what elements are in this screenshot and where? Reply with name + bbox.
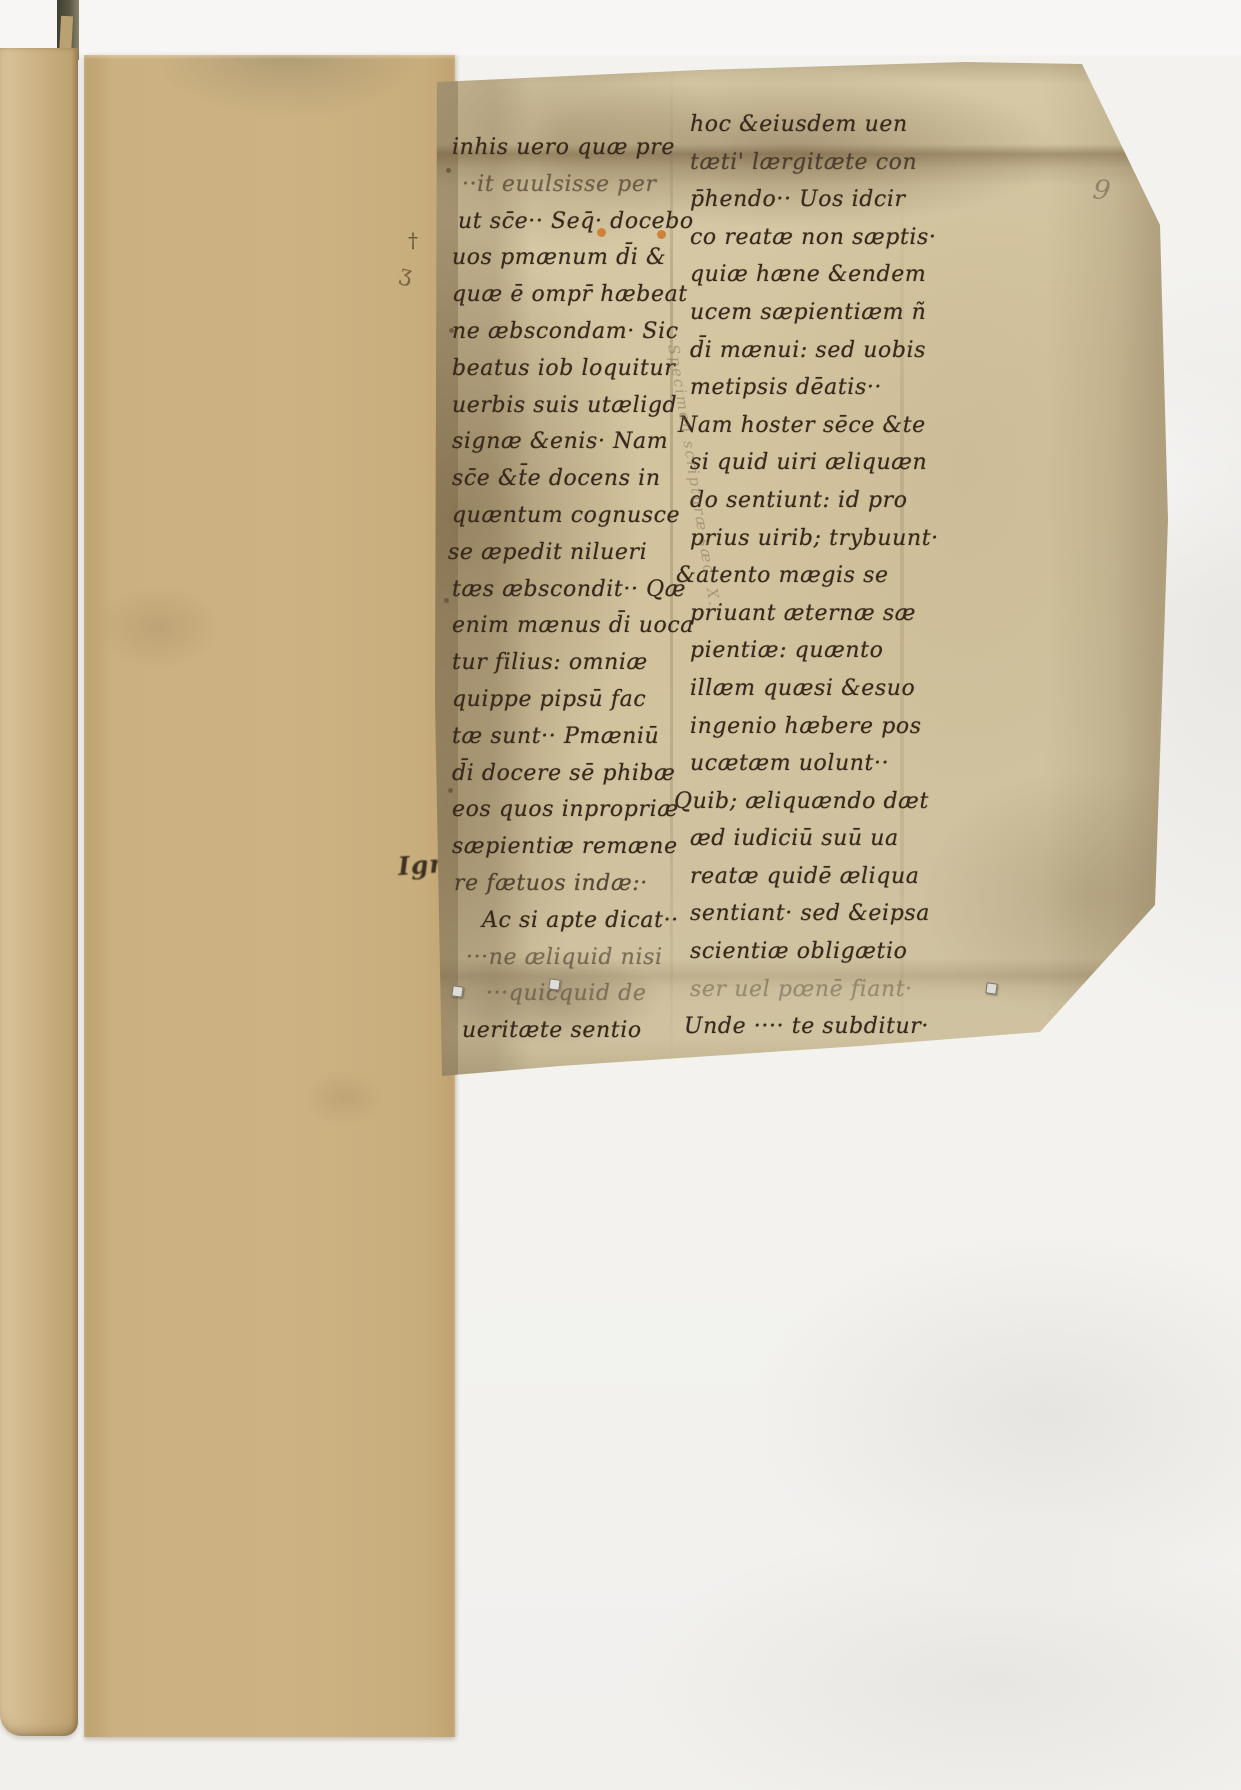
rubric-dot xyxy=(657,230,666,239)
fastening-pin xyxy=(548,978,560,990)
mount-board xyxy=(84,55,455,1737)
manuscript-text-line: scientiæ obligætio xyxy=(690,933,960,971)
manuscript-text-line: metipsis dēatis·· xyxy=(690,369,960,407)
manuscript-text-line: ser uel pœnē fiant· xyxy=(690,971,960,1009)
manuscript-text-line: ucætæm uolunt·· xyxy=(690,745,960,783)
manuscript-text-line: sc̄e &t̄e docens in xyxy=(452,461,722,498)
sewing-hole xyxy=(444,598,449,603)
text-column-right: hoc &eiusdem uentæti' lærgitæte conp̄hen… xyxy=(690,106,960,1046)
manuscript-text-line: p̄hendo·· Uos idcir xyxy=(690,181,960,219)
manuscript-text-line: enim mænus d̄i uoca xyxy=(452,608,722,645)
manuscript-text-line: ucem sæpientiæm ñ xyxy=(690,294,960,332)
manuscript-text-line: quæntum cognusce xyxy=(452,498,722,535)
rubric-dot xyxy=(597,228,606,237)
fastening-pin xyxy=(985,982,997,994)
manuscript-text-line: Ac si apte dicat·· xyxy=(482,903,722,940)
fastening-pin xyxy=(451,985,463,997)
manuscript-text-line: re fætuos indæ:· xyxy=(454,866,722,903)
manuscript-text-line: quippe pipsū fac xyxy=(452,682,722,719)
manuscript-text-line: sæpientiæ remæne xyxy=(452,829,722,866)
manuscript-text-line: d̄i mænui: sed uobis xyxy=(690,332,960,370)
manuscript-text-line: priuant æternæ sæ xyxy=(690,595,960,633)
manuscript-text-line: illæm quæsi &esuo xyxy=(690,670,960,708)
manuscript-text-line: inhis uero quæ pre xyxy=(452,130,722,167)
manuscript-text-line: Unde ···· te subditur· xyxy=(684,1008,960,1046)
manuscript-text-line: ··it euulsisse per xyxy=(462,167,722,204)
manuscript-text-line: sentiant· sed &eipsa xyxy=(690,895,960,933)
manuscript-text-line: hoc &eiusdem uen xyxy=(690,106,960,144)
sewing-hole xyxy=(446,168,451,173)
parchment-fragment: inhis uero quæ pre··it euulsisse perut s… xyxy=(432,58,1174,1080)
manuscript-text-line: ···ne æliquid nisi xyxy=(466,940,722,977)
manuscript-photograph: † ʒ Igre inhis uero quæ pre··it euulsiss… xyxy=(0,0,1241,1790)
manuscript-text-line: æd iudiciū suū ua xyxy=(690,820,960,858)
manuscript-text-line: reatæ quidē æliqua xyxy=(690,858,960,896)
manuscript-text-line: tæti' lærgitæte con xyxy=(690,144,960,182)
manuscript-text-line: tur filius: omniæ xyxy=(452,645,722,682)
manuscript-text-line: pientiæ: quænto xyxy=(690,632,960,670)
manuscript-text-line: uos pmænum d̄i & xyxy=(452,240,722,277)
manuscript-text-line: quiæ hæne &endem xyxy=(690,256,960,294)
mount-flap xyxy=(0,48,78,1736)
manuscript-text-line: ut sc̄e·· Seq̄· docebo xyxy=(458,204,722,241)
margin-cross-mark: † xyxy=(408,228,418,252)
folio-number: 9 xyxy=(1091,174,1112,207)
manuscript-text-line: Nam hoster sēce &te xyxy=(678,407,960,445)
manuscript-text-line: prius uirib; trybuunt· xyxy=(690,520,960,558)
manuscript-text-line: quæ ē ompr̄ hæbeat xyxy=(452,277,722,314)
manuscript-text-line: Quib; æliquændo dæt xyxy=(674,783,960,821)
manuscript-text-line: ueritæte sentio xyxy=(462,1013,722,1050)
manuscript-text-line: co reatæ non sæptis· xyxy=(690,219,960,257)
manuscript-text-line: si quid uiri æliquæn xyxy=(690,444,960,482)
manuscript-text-line: tæ sunt·· Pmæniū xyxy=(452,719,722,756)
manuscript-text-line: do sentiunt: id pro xyxy=(690,482,960,520)
manuscript-text-line: ingenio hæbere pos xyxy=(690,708,960,746)
